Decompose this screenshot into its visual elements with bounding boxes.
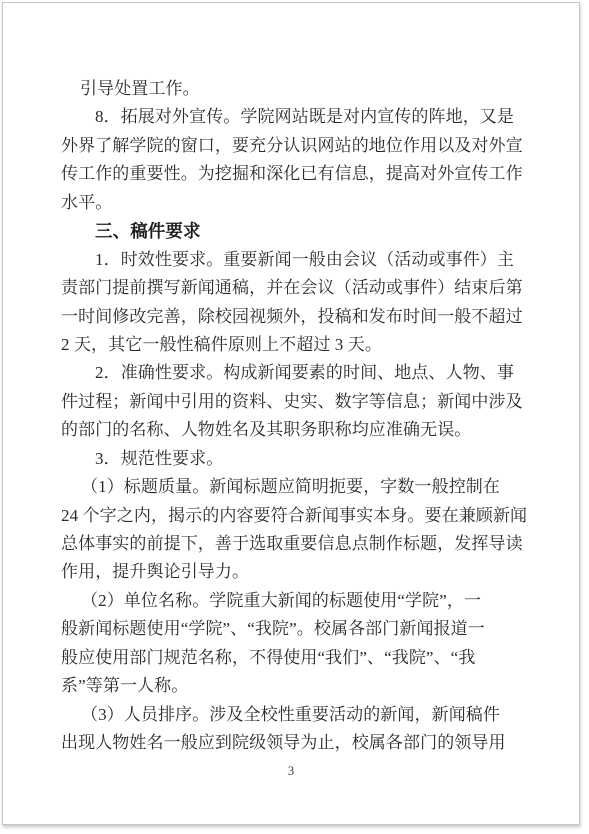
text-line: 引导处置工作。 — [61, 75, 525, 103]
text-line: 作用，提升舆论引导力。 — [61, 558, 525, 586]
text-line: 2 天，其它一般性稿件原则上不超过 3 天。 — [61, 331, 525, 359]
paragraph: 引导处置工作。 — [61, 75, 525, 103]
paragraph: （1）标题质量。新闻标题应简明扼要，字数一般控制在24 个字之内，揭示的内容要符… — [61, 473, 525, 587]
paragraph: （3）人员排序。涉及全校性重要活动的新闻，新闻稿件出现人物姓名一般应到院级领导为… — [61, 701, 525, 758]
text-line: 1．时效性要求。重要新闻一般由会议（活动或事件）主 — [61, 246, 525, 274]
text-line: 般应使用部门规范名称，不得使用“我们”、“我院”、“我 — [61, 644, 525, 672]
paragraph: 8．拓展对外宣传。学院网站既是对内宣传的阵地，又是外界了解学院的窗口，要充分认识… — [61, 103, 525, 217]
text-line: 的部门的名称、人物姓名及其职务职称均应准确无误。 — [61, 416, 525, 444]
text-line: 3．规范性要求。 — [61, 445, 525, 473]
text-line: 24 个字之内，揭示的内容要符合新闻事实本身。要在兼顾新闻 — [61, 502, 525, 530]
paragraph: 2．准确性要求。构成新闻要素的时间、地点、人物、事件过程；新闻中引用的资料、史实… — [61, 359, 525, 444]
text-line: 出现人物姓名一般应到院级领导为止，校属各部门的领导用 — [61, 729, 525, 757]
document-body: 引导处置工作。8．拓展对外宣传。学院网站既是对内宣传的阵地，又是外界了解学院的窗… — [61, 75, 525, 758]
text-line: （1）标题质量。新闻标题应简明扼要，字数一般控制在 — [61, 473, 525, 501]
text-line: 责部门提前撰写新闻通稿，并在会议（活动或事件）结束后第 — [61, 274, 525, 302]
text-line: 外界了解学院的窗口，要充分认识网站的地位作用以及对外宣 — [61, 132, 525, 160]
section-heading: 三、稿件要求 — [61, 217, 525, 245]
page-number: 3 — [3, 763, 579, 779]
text-line: 总体事实的前提下，善于选取重要信息点制作标题，发挥导读 — [61, 530, 525, 558]
text-line: 般新闻标题使用“学院”、“我院”。校属各部门新闻报道一 — [61, 615, 525, 643]
text-line: 件过程；新闻中引用的资料、史实、数字等信息；新闻中涉及 — [61, 388, 525, 416]
document-page: 引导处置工作。8．拓展对外宣传。学院网站既是对内宣传的阵地，又是外界了解学院的窗… — [2, 2, 580, 825]
text-line: 三、稿件要求 — [61, 217, 525, 245]
text-line: 2．准确性要求。构成新闻要素的时间、地点、人物、事 — [61, 359, 525, 387]
text-line: （2）单位名称。学院重大新闻的标题使用“学院”，一 — [61, 587, 525, 615]
text-line: 水平。 — [61, 189, 525, 217]
text-line: 传工作的重要性。为挖掘和深化已有信息，提高对外宣传工作 — [61, 160, 525, 188]
paragraph: （2）单位名称。学院重大新闻的标题使用“学院”，一般新闻标题使用“学院”、“我院… — [61, 587, 525, 701]
paragraph: 1．时效性要求。重要新闻一般由会议（活动或事件）主责部门提前撰写新闻通稿，并在会… — [61, 246, 525, 360]
text-line: （3）人员排序。涉及全校性重要活动的新闻，新闻稿件 — [61, 701, 525, 729]
text-line: 系”等第一人称。 — [61, 672, 525, 700]
paragraph: 3．规范性要求。 — [61, 445, 525, 473]
text-line: 一时间修改完善，除校园视频外，投稿和发布时间一般不超过 — [61, 303, 525, 331]
text-line: 8．拓展对外宣传。学院网站既是对内宣传的阵地，又是 — [61, 103, 525, 131]
